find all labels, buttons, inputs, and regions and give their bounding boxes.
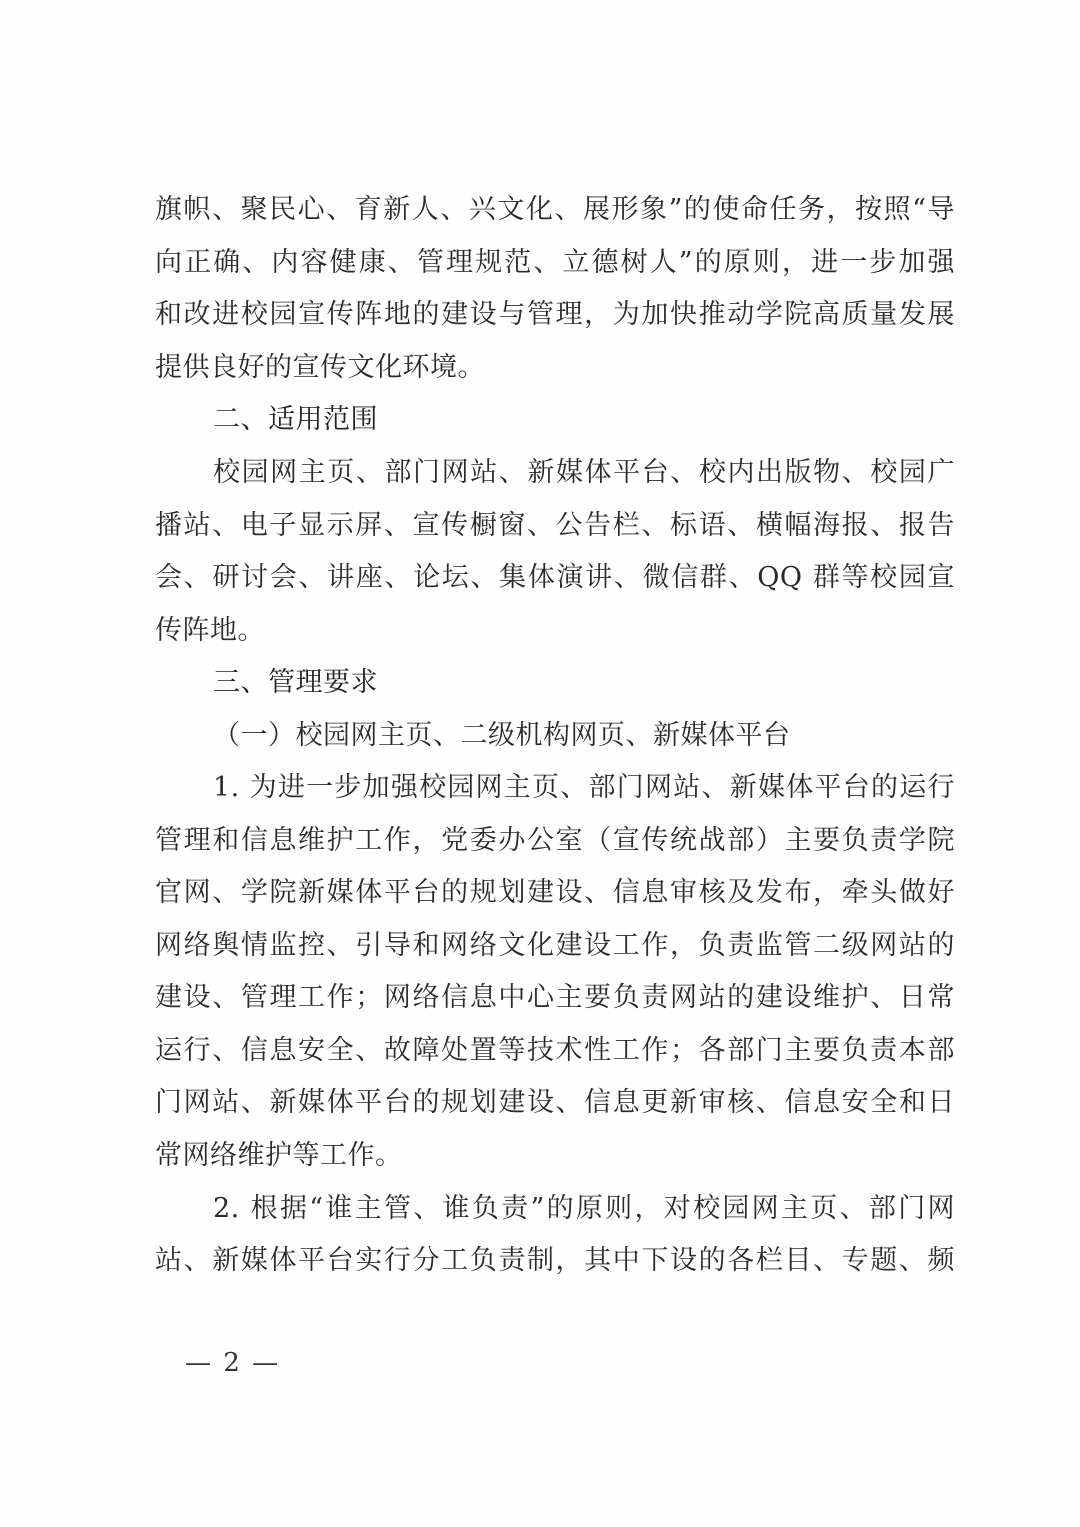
paragraph-line: 运行、信息安全、故障处置等技术性工作；各部门主要负责本部 <box>155 1031 955 1071</box>
paragraph-line: 播站、电子显示屏、宣传橱窗、公告栏、标语、横幅海报、报告 <box>155 506 955 546</box>
paragraph-line: 官网、学院新媒体平台的规划建设、信息审核及发布，牵头做好 <box>155 873 955 913</box>
page-number: — 2 — <box>185 1348 280 1378</box>
paragraph-line: 向正确、内容健康、管理规范、立德树人”的原则，进一步加强 <box>155 243 955 283</box>
paragraph-line: 2. 根据“谁主管、谁负责”的原则，对校园网主页、部门网 <box>213 1189 955 1229</box>
paragraph-line: 旗帜、聚民心、育新人、兴文化、展形象”的使命任务，按照“导 <box>155 190 955 230</box>
document-page: 旗帜、聚民心、育新人、兴文化、展形象”的使命任务，按照“导 向正确、内容健康、管… <box>0 0 1080 1527</box>
paragraph-line: 1. 为进一步加强校园网主页、部门网站、新媒体平台的运行 <box>213 768 955 808</box>
paragraph-line: 和改进校园宣传阵地的建设与管理，为加快推动学院高质量发展 <box>155 295 955 335</box>
paragraph-line: 站、新媒体平台实行分工负责制，其中下设的各栏目、专题、频 <box>155 1241 955 1281</box>
subsection-heading: （一）校园网主页、二级机构网页、新媒体平台 <box>213 716 955 756</box>
paragraph-line: 会、研讨会、讲座、论坛、集体演讲、微信群、QQ 群等校园宣 <box>155 558 955 598</box>
paragraph-line: 管理和信息维护工作，党委办公室（宣传统战部）主要负责学院 <box>155 821 955 861</box>
section-heading-scope: 二、适用范围 <box>213 400 955 440</box>
paragraph-line: 门网站、新媒体平台的规划建设、信息更新审核、信息安全和日 <box>155 1083 955 1123</box>
paragraph-line: 常网络维护等工作。 <box>155 1136 955 1176</box>
paragraph-line: 提供良好的宣传文化环境。 <box>155 348 955 388</box>
section-heading-requirements: 三、管理要求 <box>213 663 955 703</box>
paragraph-line: 建设、管理工作；网络信息中心主要负责网站的建设维护、日常 <box>155 978 955 1018</box>
paragraph-line: 网络舆情监控、引导和网络文化建设工作，负责监管二级网站的 <box>155 926 955 966</box>
paragraph-line: 校园网主页、部门网站、新媒体平台、校内出版物、校园广 <box>213 453 955 493</box>
paragraph-line: 传阵地。 <box>155 611 955 651</box>
